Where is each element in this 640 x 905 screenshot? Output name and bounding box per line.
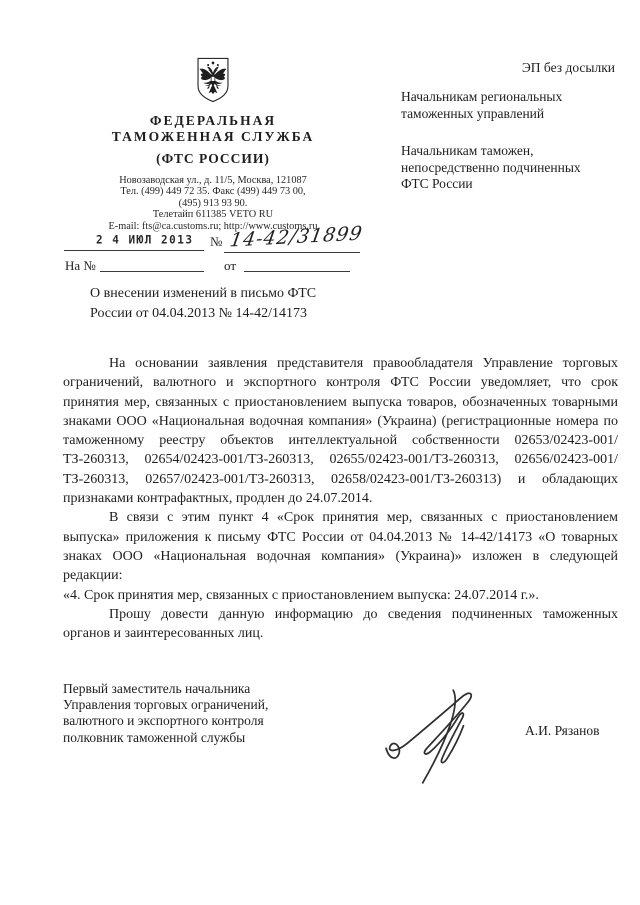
signer-position-line: Первый заместитель начальника: [63, 681, 323, 697]
from-date-underline: [244, 271, 350, 272]
recipient-group-customs: Начальникам таможен, непосредственно под…: [401, 143, 621, 193]
body-paragraph-quoted-clause: «4. Срок принятия мер, связанных с приос…: [63, 586, 618, 605]
letter-body: На основании заявления представителя пра…: [63, 354, 618, 643]
recipient-line: Начальникам региональных: [401, 89, 621, 106]
recipient-group-regional: Начальникам региональных таможенных упра…: [401, 89, 621, 122]
signer-position-line: полковник таможенной службы: [63, 730, 323, 746]
body-paragraph: На основании заявления представителя пра…: [63, 354, 618, 508]
number-underline: [224, 252, 360, 253]
letterhead: ФЕДЕРАЛЬНАЯ ТАМОЖЕННАЯ СЛУЖБА (ФТС РОССИ…: [58, 56, 368, 232]
body-paragraph: Прошу довести данную информацию до сведе…: [63, 605, 618, 644]
recipient-line: ФТС России: [401, 176, 621, 193]
scanned-letter-page: ФЕДЕРАЛЬНАЯ ТАМОЖЕННАЯ СЛУЖБА (ФТС РОССИ…: [0, 0, 640, 905]
address-line: Тел. (499) 449 72 35. Факс (499) 449 73 …: [58, 186, 368, 197]
recipient-line: Начальникам таможен,: [401, 143, 621, 160]
org-abbreviation: (ФТС РОССИИ): [58, 151, 368, 167]
body-paragraph: В связи с этим пункт 4 «Срок принятия ме…: [63, 508, 618, 585]
handwritten-signature: [382, 684, 494, 786]
date-underline: [64, 250, 204, 251]
letter-subject: О внесении изменений в письмо ФТС России…: [90, 284, 430, 323]
coat-of-arms-double-headed-eagle-icon: [191, 56, 235, 104]
recipient-line: непосредственно подчиненных: [401, 160, 621, 177]
org-address-block: Новозаводская ул., д. 11/5, Москва, 1210…: [58, 175, 368, 232]
subject-line: О внесении изменений в письмо ФТС: [90, 284, 430, 304]
reply-number-underline: [100, 271, 204, 272]
address-line: (495) 913 93 90.: [58, 198, 368, 209]
ep-delivery-note: ЭП без досылки: [430, 60, 615, 76]
from-date-label: от: [224, 258, 236, 274]
number-sign-label: №: [210, 234, 222, 250]
org-name-line2: ТАМОЖЕННАЯ СЛУЖБА: [58, 129, 368, 145]
recipients-block: Начальникам региональных таможенных упра…: [401, 89, 621, 214]
recipient-line: таможенных управлений: [401, 106, 621, 123]
signer-position-block: Первый заместитель начальника Управления…: [63, 681, 323, 746]
subject-line: России от 04.04.2013 № 14-42/14173: [90, 304, 430, 324]
org-name-line1: ФЕДЕРАЛЬНАЯ: [58, 113, 368, 129]
signer-position-line: Управления торговых ограничений,: [63, 697, 323, 713]
address-line: Телетайп 611385 VETO RU: [58, 209, 368, 220]
address-line: Новозаводская ул., д. 11/5, Москва, 1210…: [58, 175, 368, 186]
date-stamp: 2 4 ИЮЛ 2013: [96, 232, 193, 246]
reply-to-label: На №: [65, 258, 96, 274]
signer-name: А.И. Рязанов: [525, 723, 600, 739]
signer-position-line: валютного и экспортного контроля: [63, 713, 323, 729]
